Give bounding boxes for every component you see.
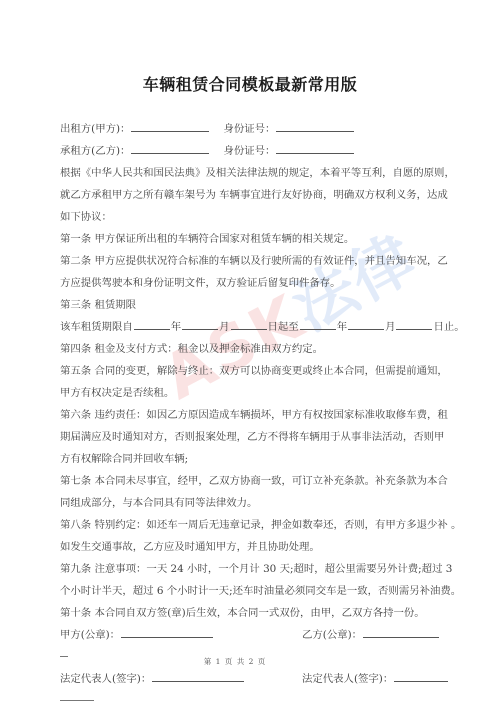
- legal-rep-b-field[interactable]: [394, 669, 448, 682]
- lessee-row: 承租方(乙方)：身份证号：: [60, 140, 448, 162]
- lessee-id-label: 身份证号：: [223, 145, 275, 157]
- clause-10: 第十条 本合同自双方签(章)后生效，本合同一式双份，由甲，乙双方各持一份。: [60, 602, 448, 624]
- clause-6-cont: 期届满应及时通知对方，否则报案处理，乙方不得将车辆用于从事非法活动，否则甲: [60, 426, 448, 448]
- intro-line: 如下协议：: [60, 206, 448, 228]
- intro-line: 根据《中华人民共和国民法典》及相关法律法规的规定，本着平等互利，自愿的原则，: [60, 162, 448, 184]
- clause-4: 第四条 租金及支付方式：租金以及押金标准由双方约定。: [60, 338, 448, 360]
- party-a-seal-label: 甲方(公章)：: [60, 629, 120, 641]
- clause-1: 第一条 甲方保证所出租的车辆符合国家对租赁车辆的相关规定。: [60, 228, 448, 250]
- seal-row: 甲方(公章)： 乙方(公章)：: [60, 624, 448, 646]
- legal-rep-row: 法定代表人(签字)： 法定代表人(签字)：: [60, 668, 448, 690]
- party-a-seal-field[interactable]: [121, 625, 213, 638]
- clause-3-heading: 第三条 租赁期限: [60, 294, 448, 316]
- end-month-field[interactable]: [348, 317, 384, 330]
- start-month-field[interactable]: [182, 317, 218, 330]
- party-b-seal-label: 乙方(公章)：: [302, 629, 362, 641]
- start-year-field[interactable]: [134, 317, 170, 330]
- rental-period-row: 该车租赁期限自年月日起至年月日止。: [60, 316, 448, 338]
- party-b-seal-field[interactable]: [363, 625, 439, 638]
- end-year-field[interactable]: [300, 317, 336, 330]
- year-label: 年: [337, 321, 347, 333]
- document-body: 出租方(甲方)：身份证号： 承租方(乙方)：身份证号： 根据《中华人民共和国民法…: [60, 118, 448, 706]
- document-page: ASK法律 车辆租赁合同模板最新常用版 出租方(甲方)：身份证号： 承租方(乙方…: [0, 0, 500, 706]
- legal-rep-b-label: 法定代表人(签字)：: [302, 673, 393, 685]
- clause-9: 第九条 注意事项：一天 24 小时，一个月计 30 天;超时，超公里需要另外计费…: [60, 558, 448, 580]
- month-label: 月: [219, 321, 229, 333]
- lessee-label: 承租方(乙方)：: [60, 145, 130, 157]
- lessee-id-field[interactable]: [276, 141, 354, 154]
- legal-rep-a-label: 法定代表人(签字)：: [60, 673, 151, 685]
- clause-8-cont: 如发生交通事故，乙方应及时通知甲方，并且协助处理。: [60, 536, 448, 558]
- lessor-label: 出租方(甲方)：: [60, 123, 130, 135]
- clause-2: 第二条 甲方应提供状况符合标准的车辆以及行驶所需的有效证件，并且告知车况，乙: [60, 250, 448, 272]
- start-day-field[interactable]: [231, 317, 267, 330]
- intro-line: 就乙方承租甲方之所有赣车架号为 车辆事宜进行友好协商，明确双方权利义务，达成: [60, 184, 448, 206]
- legal-rep-b: 法定代表人(签字)：: [302, 668, 449, 690]
- clause-7-cont: 同组成部分，与本合同具有同等法律效力。: [60, 492, 448, 514]
- month-label: 月: [385, 321, 395, 333]
- clause-2-cont: 方应提供驾驶本和身份证明文件，双方验证后留复印件备存。: [60, 272, 448, 294]
- underline-overflow: [60, 690, 94, 701]
- lessor-id-label: 身份证号：: [223, 123, 275, 135]
- end-day-field[interactable]: [396, 317, 432, 330]
- legal-rep-overflow-row: [60, 690, 448, 706]
- clause-6: 第六条 违约责任：如因乙方原因造成车辆损坏，甲方有权按国家标准收取修车费，租: [60, 404, 448, 426]
- day-to-label: 日止。: [433, 321, 464, 333]
- party-b-seal: 乙方(公章)：: [302, 624, 440, 646]
- page-indicator: 第 1 页 共 2 页: [0, 656, 500, 667]
- lessee-name-field[interactable]: [131, 141, 209, 154]
- day-from-label: 日起至: [268, 321, 299, 333]
- clause-5: 第五条 合同的变更，解除与终止：双方可以协商变更或终止本合同，但需提前通知，: [60, 360, 448, 382]
- clause-8: 第八条 特别约定：如还车一周后无违章记录，押金如数奉还，否则，有甲方多退少补 。: [60, 514, 448, 536]
- year-label: 年: [171, 321, 181, 333]
- clause-7: 第七条 本合同未尽事宜，经甲，乙双方协商一致，可订立补充条款。补充条款为本合: [60, 470, 448, 492]
- document-title: 车辆租赁合同模板最新常用版: [0, 72, 500, 95]
- lessor-row: 出租方(甲方)：身份证号：: [60, 118, 448, 140]
- legal-rep-a-field[interactable]: [152, 669, 244, 682]
- period-prefix: 该车租赁期限自: [60, 321, 133, 333]
- clause-6-cont: 方有权解除合同并回收车辆;: [60, 448, 448, 470]
- clause-9-cont: 个小时计半天，超过 6 个小时计一天;还车时油量必须同交车是一致，否则需另补油费…: [60, 580, 448, 602]
- lessor-name-field[interactable]: [131, 119, 209, 132]
- clause-5-cont: 甲方有权决定是否续租。: [60, 382, 448, 404]
- lessor-id-field[interactable]: [276, 119, 354, 132]
